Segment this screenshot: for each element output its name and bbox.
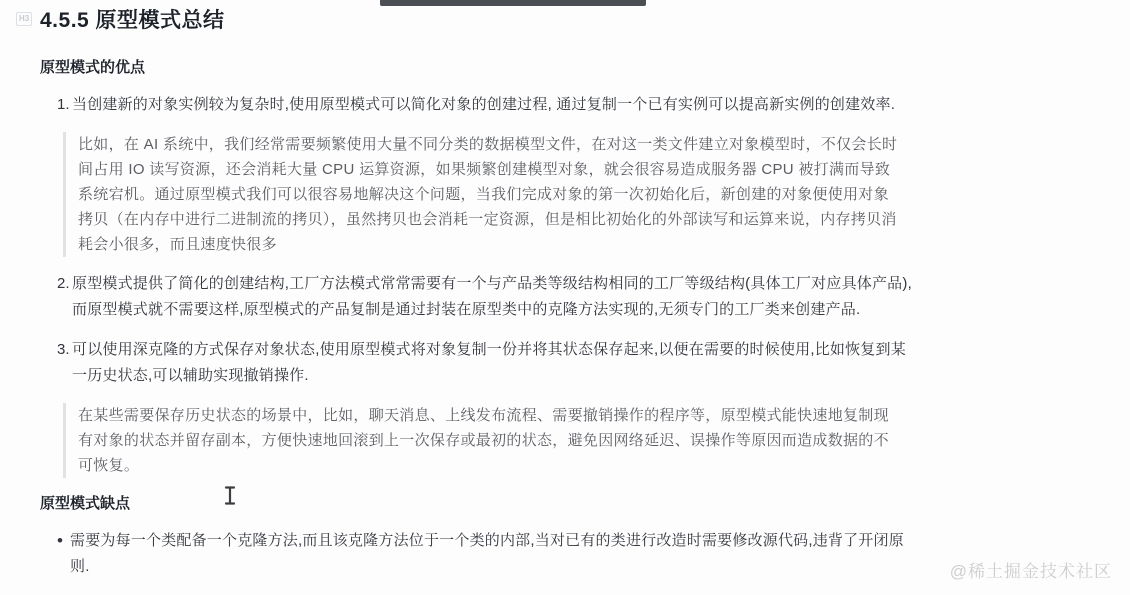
advantages-heading: 原型模式的优点 — [40, 58, 920, 78]
advantages-list: 1. 当创建新的对象实例较为复杂时,使用原型模式可以简化对象的创建过程, 通过复… — [40, 92, 920, 478]
disadvantages-list: • 需要为每一个类配备一个克隆方法,而且该克隆方法位于一个类的内部,当对已有的类… — [40, 528, 920, 580]
blockquote: 比如，在 AI 系统中，我们经常需要频繁使用大量不同分类的数据模型文件，在对这一… — [63, 132, 898, 257]
blockquote: 在某些需要保存历史状态的场景中，比如，聊天消息、上线发布流程、需要撤销操作的程序… — [63, 403, 898, 478]
document-page: H3 4.5.5 原型模式总结 原型模式的优点 1. 当创建新的对象实例较为复杂… — [0, 0, 1130, 595]
list-item-text: 需要为每一个类配备一个克隆方法,而且该克隆方法位于一个类的内部,当对已有的类进行… — [70, 528, 915, 580]
list-item: • 需要为每一个类配备一个克隆方法,而且该克隆方法位于一个类的内部,当对已有的类… — [57, 528, 920, 580]
article-content: H3 4.5.5 原型模式总结 原型模式的优点 1. 当创建新的对象实例较为复杂… — [40, 8, 920, 594]
section-heading-row: H3 4.5.5 原型模式总结 — [40, 8, 920, 34]
list-item: 3. 可以使用深克隆的方式保存对象状态,使用原型模式将对象复制一份并将其状态保存… — [57, 337, 920, 389]
list-item: 1. 当创建新的对象实例较为复杂时,使用原型模式可以简化对象的创建过程, 通过复… — [57, 92, 920, 118]
list-item-text: 可以使用深克隆的方式保存对象状态,使用原型模式将对象复制一份并将其状态保存起来,… — [72, 337, 917, 389]
list-item-marker: 2. — [57, 271, 72, 323]
disadvantages-heading: 原型模式缺点 — [40, 494, 920, 514]
list-item-marker: 1. — [57, 92, 72, 118]
page-title: 4.5.5 原型模式总结 — [40, 8, 920, 34]
watermark: @稀土掘金技术社区 — [950, 557, 1112, 582]
list-item-text: 原型模式提供了简化的创建结构,工厂方法模式常常需要有一个与产品类等级结构相同的工… — [72, 271, 917, 323]
list-item: 2. 原型模式提供了简化的创建结构,工厂方法模式常常需要有一个与产品类等级结构相… — [57, 271, 920, 323]
list-item-marker: • — [57, 528, 70, 580]
progress-scrubber-bar[interactable] — [380, 0, 646, 6]
i-beam-text-cursor-icon — [224, 486, 236, 505]
list-item-text: 当创建新的对象实例较为复杂时,使用原型模式可以简化对象的创建过程, 通过复制一个… — [72, 92, 895, 118]
heading-level-badge: H3 — [16, 12, 32, 26]
list-item-marker: 3. — [57, 337, 72, 389]
